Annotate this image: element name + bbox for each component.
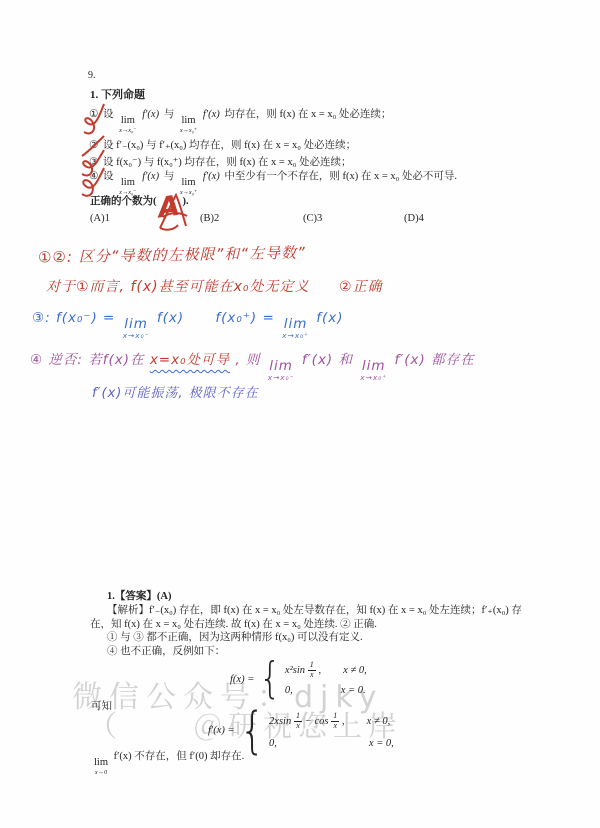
fx-case1-cond: x ≠ 0, bbox=[343, 664, 367, 677]
denominator: x bbox=[308, 670, 316, 680]
denominator: x bbox=[294, 721, 302, 731]
limit-stack: limx→x₀⁺ bbox=[282, 318, 309, 339]
red-line3-mid: , 则 bbox=[235, 352, 260, 368]
limit-stack: limx→x₀⁺ bbox=[360, 360, 387, 381]
blue-line-head2: f(x₀⁺) = bbox=[215, 310, 274, 326]
red-line3-f2: f′(x) bbox=[394, 352, 425, 368]
lim-word: lim bbox=[121, 178, 135, 189]
statement-1-tail: 均存在，则 f(x) 在 x = x₀ 处必连续； bbox=[224, 109, 391, 120]
lim-subscript: x→x₀⁺ bbox=[180, 128, 197, 134]
limit-stack: limx→x₀⁻ bbox=[268, 360, 295, 381]
solution-exp-line2: 在，知 f(x) 在 x = x₀ 处右连续. 故 f(x) 在 x = x₀ … bbox=[90, 618, 377, 631]
lim-word: lim bbox=[269, 360, 293, 374]
red-line3-head: ④ 逆否: 若f(x)在 bbox=[30, 352, 145, 368]
lim-word: lim bbox=[362, 360, 386, 374]
solution-answer-line: 1.【答案】(A) bbox=[107, 590, 171, 603]
annotation-blue-line: ③: f(x₀⁻) = limx→x₀⁻ f(x) f(x₀⁺) = limx→… bbox=[32, 310, 344, 339]
fx-case1-expr: x²sin bbox=[285, 664, 305, 677]
statement-3: ③ 设 f(x₀⁻) 与 f(x₀⁺) 均存在，则 f(x) 在 x = x₀ … bbox=[88, 156, 353, 169]
lim-word: lim bbox=[121, 116, 135, 127]
lim-word: lim bbox=[94, 758, 108, 769]
red-line3-tail: 都存在 bbox=[431, 352, 475, 368]
blue-line-f2: f(x) bbox=[316, 310, 343, 326]
document-page: 微信公众号：djky （ ＠研祝您上岸 9. 1. 下列命题 ① 设 limx→… bbox=[0, 0, 600, 828]
fpx-case2-cond: x = 0, bbox=[369, 737, 394, 750]
solution-exp-line1: 【解析】f′₋(x₀) 存在，即 f(x) 在 x = x₀ 处左导数存在，知 … bbox=[107, 604, 522, 617]
red-line3-underlined: x=x₀处可导 bbox=[150, 352, 230, 368]
fraction-1-over-x: 1x bbox=[294, 712, 302, 731]
lim-subscript: x→x₀⁻ bbox=[268, 374, 295, 381]
option-b: (B)2 bbox=[200, 212, 219, 225]
solution-final-line: limx→0 f′(x) 不存在，但 f′(0) 却存在. bbox=[92, 750, 245, 776]
limit-stack: limx→x₀⁻ bbox=[123, 318, 150, 339]
lim-subscript: x→x₀⁺ bbox=[282, 332, 309, 339]
solution-exp-line3: ① 与 ③ 都不正确，因为这两种情形 f(x₀) 可以没有定义. bbox=[107, 631, 363, 644]
annotation-red-line3: ④ 逆否: 若f(x)在 x=x₀处可导 , 则 limx→x₀⁻ f′(x) … bbox=[30, 348, 475, 381]
fpx-case1-cond: x ≠ 0, bbox=[367, 715, 391, 728]
fpx-minus-cos: − cos bbox=[305, 715, 329, 728]
lim-word: lim bbox=[182, 116, 196, 127]
red-check-mark-4 bbox=[78, 166, 106, 202]
lim-word: lim bbox=[284, 318, 308, 332]
piecewise-fx: f(x) = { x²sin 1x , x ≠ 0, 0, x = 0. bbox=[230, 658, 367, 701]
limit-stack: limx→0 bbox=[94, 758, 108, 776]
annotation-blue-note: f′(x)可能振荡, 极限不存在 bbox=[92, 382, 259, 401]
statement-4-tail: 中至少有一个不存在，则 f(x) 在 x = x₀ 处必不可导. bbox=[224, 171, 457, 182]
statement-1-f1: f′(x) bbox=[142, 109, 159, 120]
red-line2-text: 对于①而言, f(x)甚至可能在x₀处无定义 bbox=[46, 279, 310, 295]
blue-line-head: ③: f(x₀⁻) = bbox=[32, 310, 115, 326]
fpx-case1-expr: 2xsin bbox=[269, 715, 291, 728]
lim-subscript: x→0 bbox=[95, 770, 107, 776]
lim-word: lim bbox=[182, 178, 196, 189]
limit-stack: limx→x₀⁻ bbox=[119, 178, 136, 196]
page-number: 9. bbox=[88, 70, 96, 83]
lim-subscript: x→x₀⁺ bbox=[360, 374, 387, 381]
option-a: (A)1 bbox=[90, 212, 110, 225]
blue-line-f1: f(x) bbox=[157, 310, 184, 326]
red-check-mark-1 bbox=[80, 102, 106, 138]
denominator: x bbox=[331, 721, 339, 731]
annotation-red-line2: 对于①而言, f(x)甚至可能在x₀处无定义 ②正确 bbox=[46, 276, 383, 296]
fpx-case2-expr: 0, bbox=[269, 737, 277, 750]
statement-2: ② 设 f′₋(x₀) 与 f′₊(x₀) 均存在，则 f(x) 在 x = x… bbox=[88, 139, 357, 152]
fx-case2-cond: x = 0. bbox=[341, 684, 366, 697]
red-line3-conj: 和 bbox=[339, 352, 354, 368]
problem-title: 1. 下列命题 bbox=[90, 89, 145, 103]
piecewise-fpx: f′(x) = { 2xsin 1x − cos 1x , x ≠ 0, 0, … bbox=[208, 706, 394, 756]
red-line3-f1: f′(x) bbox=[302, 352, 333, 368]
solution-exp-line4: ④ 也不正确，反例如下： bbox=[107, 645, 225, 658]
solution-kezhi: 可知 bbox=[91, 700, 112, 713]
fraction-1-over-x: 1x bbox=[308, 661, 316, 680]
fraction-1-over-x: 1x bbox=[331, 712, 339, 731]
option-d: (D)4 bbox=[404, 212, 424, 225]
fx-lhs: f(x) = bbox=[230, 673, 254, 686]
statement-1-conj: 与 bbox=[164, 109, 175, 120]
statement-4-conj: 与 bbox=[164, 171, 175, 182]
numerator: 1 bbox=[296, 712, 300, 721]
lim-subscript: x→x₀⁻ bbox=[119, 128, 136, 134]
red-line2-verdict: ②正确 bbox=[339, 279, 383, 295]
lim-subscript: x→x₀⁻ bbox=[123, 332, 150, 339]
limit-stack: limx→x₀⁻ bbox=[119, 116, 136, 134]
annotation-red-line1: ①②: 区分“导数的左极限”和“左导数” bbox=[38, 242, 306, 268]
lim-word: lim bbox=[124, 318, 148, 332]
final-text: f′(x) 不存在，但 f′(0) 却存在. bbox=[114, 751, 245, 762]
statement-1-f2: f′(x) bbox=[203, 109, 220, 120]
option-c: (C)3 bbox=[303, 212, 322, 225]
statement-4: ④ 设 limx→x₀⁻ f′(x) 与 limx→x₀⁺ f′(x) 中至少有… bbox=[88, 170, 458, 196]
numerator: 1 bbox=[310, 661, 314, 670]
red-answer-stroke bbox=[156, 192, 192, 232]
statement-2-text: 设 f′₋(x₀) 与 f′₊(x₀) 均存在，则 f(x) 在 x = x₀ … bbox=[103, 140, 356, 151]
statement-1: ① 设 limx→x₀⁻ f′(x) 与 limx→x₀⁺ f′(x) 均存在，… bbox=[88, 108, 392, 134]
statement-4-f2: f′(x) bbox=[203, 171, 220, 182]
left-brace: { bbox=[259, 653, 281, 706]
fx-case2-expr: 0, bbox=[285, 684, 293, 697]
fpx-lhs: f′(x) = bbox=[208, 724, 235, 737]
numerator: 1 bbox=[333, 712, 337, 721]
limit-stack: limx→x₀⁺ bbox=[180, 116, 197, 134]
statement-4-f1: f′(x) bbox=[142, 171, 159, 182]
statement-3-text: 设 f(x₀⁻) 与 f(x₀⁺) 均存在，则 f(x) 在 x = x₀ 处必… bbox=[103, 157, 351, 168]
